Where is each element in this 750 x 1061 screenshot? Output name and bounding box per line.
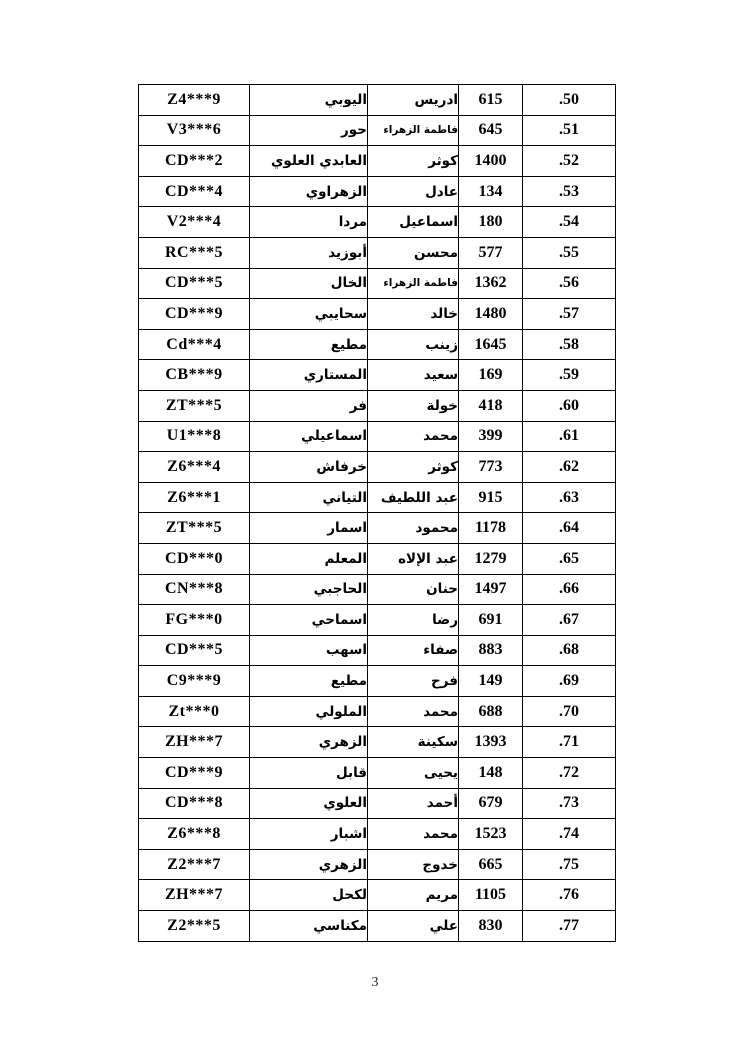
table-row: C9***9 مطيع فرح 149 .69 — [139, 666, 616, 697]
table-row: ZH***7 لكحل مريم 1105 .76 — [139, 880, 616, 911]
first-name-cell: علي — [368, 911, 459, 942]
code-cell: FG***0 — [139, 605, 250, 636]
family-name-cell: حور — [250, 115, 368, 146]
table-row: V2***4 مردا اسماعيل 180 .54 — [139, 207, 616, 238]
index-cell: .77 — [523, 911, 616, 942]
code-cell: CN***8 — [139, 574, 250, 605]
family-name-cell: اشبار — [250, 819, 368, 850]
family-name-cell: قابل — [250, 758, 368, 789]
first-name-cell: أحمد — [368, 788, 459, 819]
first-name-cell: عادل — [368, 176, 459, 207]
table-row: Z2***7 الزهري خدوج 665 .75 — [139, 849, 616, 880]
index-cell: .65 — [523, 543, 616, 574]
first-name-cell: فاطمة الزهراء — [368, 115, 459, 146]
number-cell: 1480 — [459, 299, 523, 330]
first-name-cell: ادريس — [368, 85, 459, 116]
family-name-cell: اسمار — [250, 513, 368, 544]
family-name-cell: اسهب — [250, 635, 368, 666]
document-page: Z4***9 اليوبي ادريس 615 .50 V3***6 حور ف… — [0, 0, 750, 1061]
family-name-cell: فر — [250, 390, 368, 421]
code-cell: CD***9 — [139, 758, 250, 789]
number-cell: 1393 — [459, 727, 523, 758]
number-cell: 134 — [459, 176, 523, 207]
index-cell: .52 — [523, 146, 616, 177]
number-cell: 915 — [459, 482, 523, 513]
records-table: Z4***9 اليوبي ادريس 615 .50 V3***6 حور ف… — [138, 84, 616, 942]
table-row: CD***5 اسهب صفاء 883 .68 — [139, 635, 616, 666]
first-name-cell: يحيى — [368, 758, 459, 789]
index-cell: .75 — [523, 849, 616, 880]
first-name-cell: محمد — [368, 696, 459, 727]
family-name-cell: لكحل — [250, 880, 368, 911]
table-row: CB***9 المستاري سعيد 169 .59 — [139, 360, 616, 391]
code-cell: V3***6 — [139, 115, 250, 146]
code-cell: CD***4 — [139, 176, 250, 207]
table-row: CD***8 العلوي أحمد 679 .73 — [139, 788, 616, 819]
code-cell: CD***8 — [139, 788, 250, 819]
number-cell: 830 — [459, 911, 523, 942]
first-name-cell: مريم — [368, 880, 459, 911]
index-cell: .54 — [523, 207, 616, 238]
first-name-cell: زينب — [368, 329, 459, 360]
number-cell: 1645 — [459, 329, 523, 360]
code-cell: RC***5 — [139, 237, 250, 268]
index-cell: .67 — [523, 605, 616, 636]
page-number: 3 — [0, 975, 750, 991]
family-name-cell: الزهراوي — [250, 176, 368, 207]
first-name-cell: محسن — [368, 237, 459, 268]
table-row: Z2***5 مكناسي علي 830 .77 — [139, 911, 616, 942]
index-cell: .74 — [523, 819, 616, 850]
index-cell: .73 — [523, 788, 616, 819]
family-name-cell: المستاري — [250, 360, 368, 391]
index-cell: .60 — [523, 390, 616, 421]
table-row: CD***5 الخال فاطمة الزهراء 1362 .56 — [139, 268, 616, 299]
number-cell: 418 — [459, 390, 523, 421]
first-name-cell: محمود — [368, 513, 459, 544]
number-cell: 180 — [459, 207, 523, 238]
code-cell: ZH***7 — [139, 727, 250, 758]
records-table-body: Z4***9 اليوبي ادريس 615 .50 V3***6 حور ف… — [139, 85, 616, 942]
index-cell: .72 — [523, 758, 616, 789]
first-name-cell: فاطمة الزهراء — [368, 268, 459, 299]
code-cell: C9***9 — [139, 666, 250, 697]
index-cell: .76 — [523, 880, 616, 911]
first-name-cell: سعيد — [368, 360, 459, 391]
first-name-cell: كوثر — [368, 452, 459, 483]
number-cell: 1400 — [459, 146, 523, 177]
table-row: CD***0 المعلم عبد الإلاه 1279 .65 — [139, 543, 616, 574]
family-name-cell: خرفاش — [250, 452, 368, 483]
code-cell: Z4***9 — [139, 85, 250, 116]
number-cell: 615 — [459, 85, 523, 116]
first-name-cell: خولة — [368, 390, 459, 421]
table-row: CN***8 الحاجبي حنان 1497 .66 — [139, 574, 616, 605]
code-cell: ZH***7 — [139, 880, 250, 911]
table-row: Cd***4 مطيع زينب 1645 .58 — [139, 329, 616, 360]
first-name-cell: حنان — [368, 574, 459, 605]
number-cell: 1362 — [459, 268, 523, 299]
first-name-cell: كوثر — [368, 146, 459, 177]
code-cell: ZT***5 — [139, 390, 250, 421]
number-cell: 169 — [459, 360, 523, 391]
index-cell: .50 — [523, 85, 616, 116]
number-cell: 1497 — [459, 574, 523, 605]
family-name-cell: الزهري — [250, 727, 368, 758]
first-name-cell: سكينة — [368, 727, 459, 758]
index-cell: .56 — [523, 268, 616, 299]
family-name-cell: مكناسي — [250, 911, 368, 942]
index-cell: .51 — [523, 115, 616, 146]
first-name-cell: فرح — [368, 666, 459, 697]
family-name-cell: مردا — [250, 207, 368, 238]
table-row: CD***4 الزهراوي عادل 134 .53 — [139, 176, 616, 207]
table-row: FG***0 اسماحي رضا 691 .67 — [139, 605, 616, 636]
table-row: Z4***9 اليوبي ادريس 615 .50 — [139, 85, 616, 116]
family-name-cell: مطيع — [250, 666, 368, 697]
family-name-cell: سحايبي — [250, 299, 368, 330]
index-cell: .55 — [523, 237, 616, 268]
family-name-cell: العلوي — [250, 788, 368, 819]
first-name-cell: صفاء — [368, 635, 459, 666]
index-cell: .69 — [523, 666, 616, 697]
code-cell: Zt***0 — [139, 696, 250, 727]
first-name-cell: عبد اللطيف — [368, 482, 459, 513]
table-row: CD***2 العابدي العلوي كوثر 1400 .52 — [139, 146, 616, 177]
code-cell: U1***8 — [139, 421, 250, 452]
code-cell: CD***5 — [139, 635, 250, 666]
code-cell: Z2***7 — [139, 849, 250, 880]
number-cell: 773 — [459, 452, 523, 483]
index-cell: .61 — [523, 421, 616, 452]
first-name-cell: اسماعيل — [368, 207, 459, 238]
number-cell: 1105 — [459, 880, 523, 911]
code-cell: CB***9 — [139, 360, 250, 391]
number-cell: 399 — [459, 421, 523, 452]
code-cell: CD***5 — [139, 268, 250, 299]
code-cell: CD***9 — [139, 299, 250, 330]
number-cell: 148 — [459, 758, 523, 789]
number-cell: 688 — [459, 696, 523, 727]
family-name-cell: الزهري — [250, 849, 368, 880]
index-cell: .59 — [523, 360, 616, 391]
first-name-cell: خدوج — [368, 849, 459, 880]
index-cell: .70 — [523, 696, 616, 727]
index-cell: .62 — [523, 452, 616, 483]
table-row: U1***8 اسماعيلي محمد 399 .61 — [139, 421, 616, 452]
table-row: CD***9 قابل يحيى 148 .72 — [139, 758, 616, 789]
first-name-cell: خالد — [368, 299, 459, 330]
code-cell: CD***2 — [139, 146, 250, 177]
family-name-cell: اسماعيلي — [250, 421, 368, 452]
code-cell: ZT***5 — [139, 513, 250, 544]
table-row: Zt***0 الملولي محمد 688 .70 — [139, 696, 616, 727]
table-row: RC***5 أبوزيد محسن 577 .55 — [139, 237, 616, 268]
number-cell: 1178 — [459, 513, 523, 544]
table-row: CD***9 سحايبي خالد 1480 .57 — [139, 299, 616, 330]
index-cell: .53 — [523, 176, 616, 207]
code-cell: CD***0 — [139, 543, 250, 574]
number-cell: 1279 — [459, 543, 523, 574]
number-cell: 691 — [459, 605, 523, 636]
number-cell: 149 — [459, 666, 523, 697]
family-name-cell: الخال — [250, 268, 368, 299]
number-cell: 679 — [459, 788, 523, 819]
family-name-cell: اسماحي — [250, 605, 368, 636]
family-name-cell: العابدي العلوي — [250, 146, 368, 177]
number-cell: 645 — [459, 115, 523, 146]
first-name-cell: رضا — [368, 605, 459, 636]
number-cell: 1523 — [459, 819, 523, 850]
first-name-cell: محمد — [368, 819, 459, 850]
family-name-cell: المعلم — [250, 543, 368, 574]
family-name-cell: اليوبي — [250, 85, 368, 116]
table-row: ZT***5 اسمار محمود 1178 .64 — [139, 513, 616, 544]
family-name-cell: التياني — [250, 482, 368, 513]
index-cell: .71 — [523, 727, 616, 758]
index-cell: .63 — [523, 482, 616, 513]
index-cell: .58 — [523, 329, 616, 360]
code-cell: Z6***1 — [139, 482, 250, 513]
index-cell: .57 — [523, 299, 616, 330]
table-row: V3***6 حور فاطمة الزهراء 645 .51 — [139, 115, 616, 146]
number-cell: 665 — [459, 849, 523, 880]
family-name-cell: الملولي — [250, 696, 368, 727]
table-row: ZT***5 فر خولة 418 .60 — [139, 390, 616, 421]
code-cell: Z6***4 — [139, 452, 250, 483]
table-row: Z6***4 خرفاش كوثر 773 .62 — [139, 452, 616, 483]
code-cell: Z6***8 — [139, 819, 250, 850]
index-cell: .64 — [523, 513, 616, 544]
table-row: ZH***7 الزهري سكينة 1393 .71 — [139, 727, 616, 758]
number-cell: 577 — [459, 237, 523, 268]
family-name-cell: مطيع — [250, 329, 368, 360]
code-cell: Z2***5 — [139, 911, 250, 942]
family-name-cell: أبوزيد — [250, 237, 368, 268]
code-cell: V2***4 — [139, 207, 250, 238]
index-cell: .68 — [523, 635, 616, 666]
first-name-cell: عبد الإلاه — [368, 543, 459, 574]
table-row: Z6***8 اشبار محمد 1523 .74 — [139, 819, 616, 850]
index-cell: .66 — [523, 574, 616, 605]
family-name-cell: الحاجبي — [250, 574, 368, 605]
number-cell: 883 — [459, 635, 523, 666]
table-row: Z6***1 التياني عبد اللطيف 915 .63 — [139, 482, 616, 513]
code-cell: Cd***4 — [139, 329, 250, 360]
first-name-cell: محمد — [368, 421, 459, 452]
